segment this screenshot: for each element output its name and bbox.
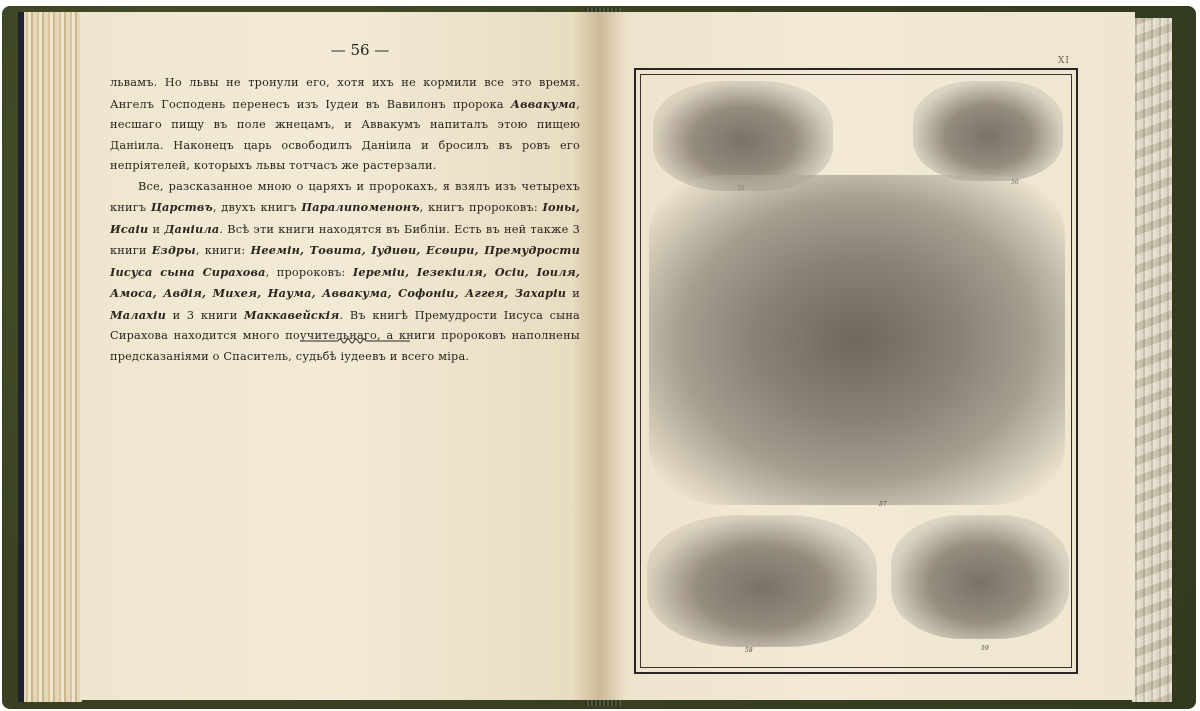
paragraph: львамъ. Но львы не тронули его, хотя ихъ… <box>110 73 580 177</box>
plate-inner-border: 55 56 57 58 59 <box>640 74 1072 668</box>
engraving-fiery-furnace <box>649 175 1065 505</box>
text-run: , пророковъ: <box>266 266 353 279</box>
body-text: львамъ. Но львы не тронули его, хотя ихъ… <box>110 73 580 367</box>
text-run: и 3 книги <box>166 309 244 322</box>
caption-57: 57 <box>879 501 887 508</box>
caption-59: 59 <box>981 645 989 652</box>
page-number: — 56 — <box>300 41 420 59</box>
text-run: , двухъ книгъ <box>213 201 301 214</box>
text-run: львамъ. Но львы не тронули его, хотя ихъ… <box>110 76 580 111</box>
text-run: , книги: <box>196 244 251 257</box>
text-run: и <box>566 287 580 300</box>
endpaper-edge <box>18 12 24 702</box>
engraving-jonah-whale <box>913 81 1063 181</box>
caption-58: 58 <box>745 647 753 654</box>
plate-number: XI <box>1058 56 1070 66</box>
engraving-prophet-crowd <box>647 515 877 647</box>
right-page-edges <box>1132 18 1172 702</box>
text-run: и <box>148 223 164 236</box>
engraving-plate: 55 56 57 58 59 <box>634 68 1078 674</box>
italic-term: Царствъ <box>151 200 213 214</box>
italic-term: Даніила <box>164 222 219 236</box>
italic-term: Аввакума <box>511 97 576 111</box>
text-run: , книгъ пророковъ: <box>420 201 543 214</box>
italic-term: Ездры <box>152 243 196 257</box>
tail-ornament-icon <box>300 336 410 346</box>
italic-term: Паралипоменонъ <box>301 200 419 214</box>
marbled-edge <box>1132 18 1172 702</box>
italic-term: Малахіи <box>110 308 166 322</box>
engraving-tents <box>891 515 1069 639</box>
italic-term: Маккавейскія <box>244 308 339 322</box>
left-page-edges <box>22 12 82 702</box>
